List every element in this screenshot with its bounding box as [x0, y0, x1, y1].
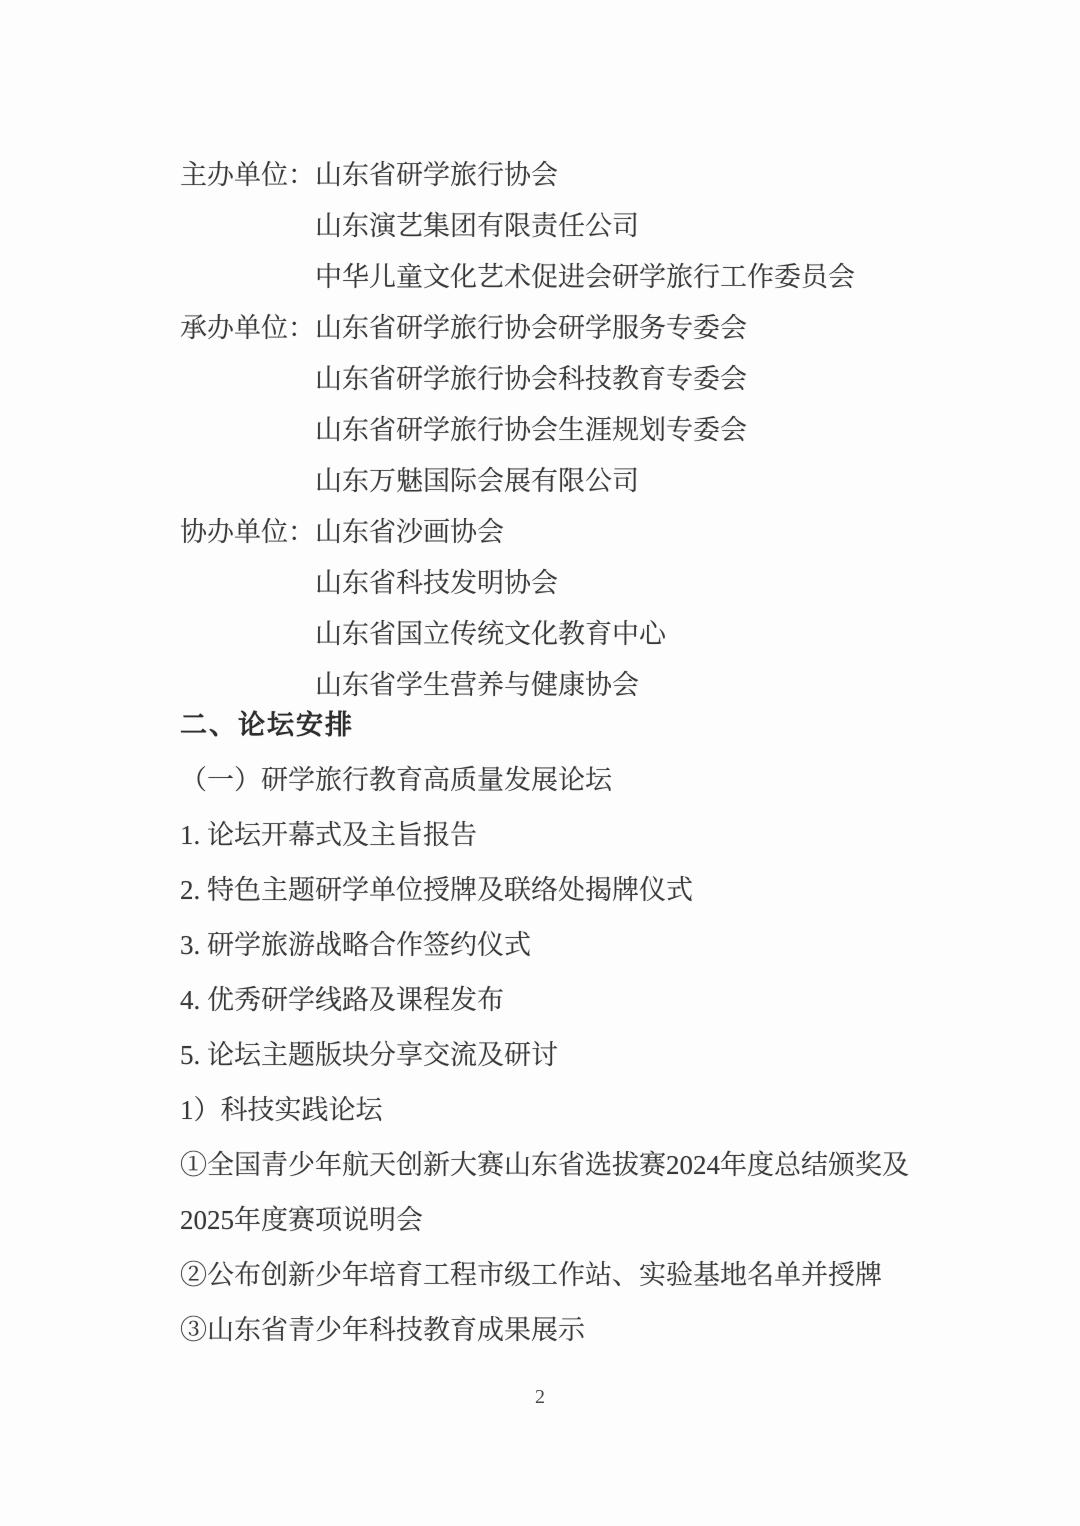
forum-list-item: 2. 特色主题研学单位授牌及联络处揭牌仪式: [180, 863, 1020, 918]
forum-section: 二、论坛安排 （一）研学旅行教育高质量发展论坛 1. 论坛开幕式及主旨报告 2.…: [180, 698, 1020, 1358]
organizer-item: 山东省研学旅行协会科技教育专委会: [315, 354, 855, 405]
organizer-label-host: 主办单位：: [180, 150, 315, 201]
section-heading: 二、论坛安排: [180, 698, 1020, 753]
organizer-group-undertaker: 承办单位： 山东省研学旅行协会研学服务专委会 山东省研学旅行协会科技教育专委会 …: [180, 303, 855, 507]
forum-sublist-item: 1）科技实践论坛: [180, 1083, 1020, 1138]
organizer-item: 山东省科技发明协会: [315, 558, 855, 609]
organizer-item: 山东省研学旅行协会: [315, 150, 855, 201]
organizer-items-coorganizer: 山东省沙画协会 山东省科技发明协会 山东省国立传统文化教育中心 山东省学生营养与…: [315, 507, 855, 711]
organizer-group-host: 主办单位： 山东省研学旅行协会 山东演艺集团有限责任公司 中华儿童文化艺术促进会…: [180, 150, 855, 303]
forum-list-item: 4. 优秀研学线路及课程发布: [180, 973, 1020, 1028]
forum-list-item: 3. 研学旅游战略合作签约仪式: [180, 918, 1020, 973]
organizer-item: 山东省研学旅行协会研学服务专委会: [315, 303, 855, 354]
forum-circled-item: ①全国青少年航天创新大赛山东省选拔赛2024年度总结颁奖及: [180, 1138, 1020, 1193]
organizer-group-coorganizer: 协办单位： 山东省沙画协会 山东省科技发明协会 山东省国立传统文化教育中心 山东…: [180, 507, 855, 711]
document-page: 主办单位： 山东省研学旅行协会 山东演艺集团有限责任公司 中华儿童文化艺术促进会…: [0, 0, 1080, 1526]
organizer-item: 中华儿童文化艺术促进会研学旅行工作委员会: [315, 252, 855, 303]
forum-list-item: 5. 论坛主题版块分享交流及研讨: [180, 1028, 1020, 1083]
organizer-section: 主办单位： 山东省研学旅行协会 山东演艺集团有限责任公司 中华儿童文化艺术促进会…: [180, 150, 855, 711]
forum-circled-item: ③山东省青少年科技教育成果展示: [180, 1303, 1020, 1358]
organizer-item: 山东省研学旅行协会生涯规划专委会: [315, 405, 855, 456]
organizer-item: 山东省沙画协会: [315, 507, 855, 558]
page-number: 2: [0, 1386, 1080, 1408]
organizer-label-coorganizer: 协办单位：: [180, 507, 315, 558]
organizer-label-undertaker: 承办单位：: [180, 303, 315, 354]
forum-list-item: 1. 论坛开幕式及主旨报告: [180, 808, 1020, 863]
forum-circled-item-continuation: 2025年度赛项说明会: [180, 1193, 1020, 1248]
organizer-item: 山东万魅国际会展有限公司: [315, 456, 855, 507]
organizer-items-host: 山东省研学旅行协会 山东演艺集团有限责任公司 中华儿童文化艺术促进会研学旅行工作…: [315, 150, 855, 303]
organizer-item: 山东演艺集团有限责任公司: [315, 201, 855, 252]
organizer-item: 山东省国立传统文化教育中心: [315, 609, 855, 660]
organizer-items-undertaker: 山东省研学旅行协会研学服务专委会 山东省研学旅行协会科技教育专委会 山东省研学旅…: [315, 303, 855, 507]
forum-circled-item: ②公布创新少年培育工程市级工作站、实验基地名单并授牌: [180, 1248, 1020, 1303]
forum-subheading: （一）研学旅行教育高质量发展论坛: [180, 753, 1020, 808]
